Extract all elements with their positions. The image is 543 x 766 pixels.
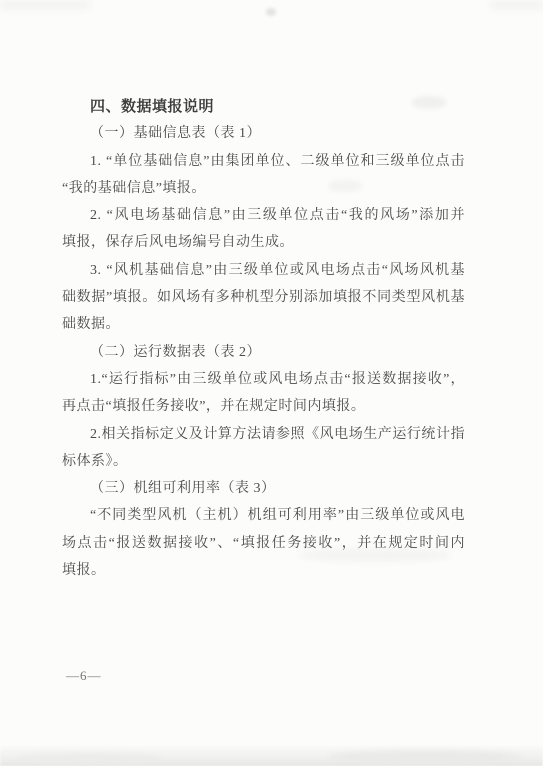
- section-heading: 四、数据填报说明: [62, 93, 465, 120]
- scan-artifact-dot: [266, 8, 276, 16]
- text-line: 础数据”填报。如风场有多种机型分别添加填报不同类型风机基: [62, 284, 465, 311]
- text-line: “我的基础信息”填报。: [62, 175, 465, 202]
- text-line: 填报，保存后风电场编号自动生成。: [62, 229, 465, 256]
- text-line: 场点击“报送数据接收”、“填报任务接收”，并在规定时间内: [62, 530, 465, 557]
- scan-artifact-bottom-edge: [330, 751, 520, 763]
- text-line: （三）机组可利用率（表 3）: [62, 475, 465, 502]
- body-text: 四、数据填报说明（一）基础信息表（表 1）1. “单位基础信息”由集团单位、二级…: [62, 93, 465, 584]
- scan-artifact-bottom-edge: [0, 744, 543, 766]
- text-line: 1.“运行指标”由三级单位或风电场点击“报送数据接收”，: [62, 366, 465, 393]
- text-line: 础数据。: [62, 311, 465, 338]
- scan-artifact-corner-left: [0, 0, 90, 10]
- text-line: 2. “风电场基础信息”由三级单位点击“我的风场”添加并: [62, 202, 465, 229]
- document-page: 四、数据填报说明（一）基础信息表（表 1）1. “单位基础信息”由集团单位、二级…: [0, 0, 543, 766]
- text-line: （一）基础信息表（表 1）: [62, 120, 465, 147]
- scan-artifact-corner-right: [490, 0, 543, 10]
- page-number: —6—: [66, 668, 102, 684]
- text-line: 3. “风机基础信息”由三级单位或风电场点击“风场风机基: [62, 257, 465, 284]
- text-line: 2.相关指标定义及计算方法请参照《风电场生产运行统计指: [62, 421, 465, 448]
- text-line: 标体系》。: [62, 448, 465, 475]
- text-line: 再点击“填报任务接收”，并在规定时间内填报。: [62, 393, 465, 420]
- text-line: “不同类型风机（主机）机组可利用率”由三级单位或风电: [62, 502, 465, 529]
- text-line: （二）运行数据表（表 2）: [62, 339, 465, 366]
- text-line: 填报。: [62, 557, 465, 584]
- text-line: 1. “单位基础信息”由集团单位、二级单位和三级单位点击: [62, 148, 465, 175]
- scan-artifact-bottom-edge: [20, 754, 160, 764]
